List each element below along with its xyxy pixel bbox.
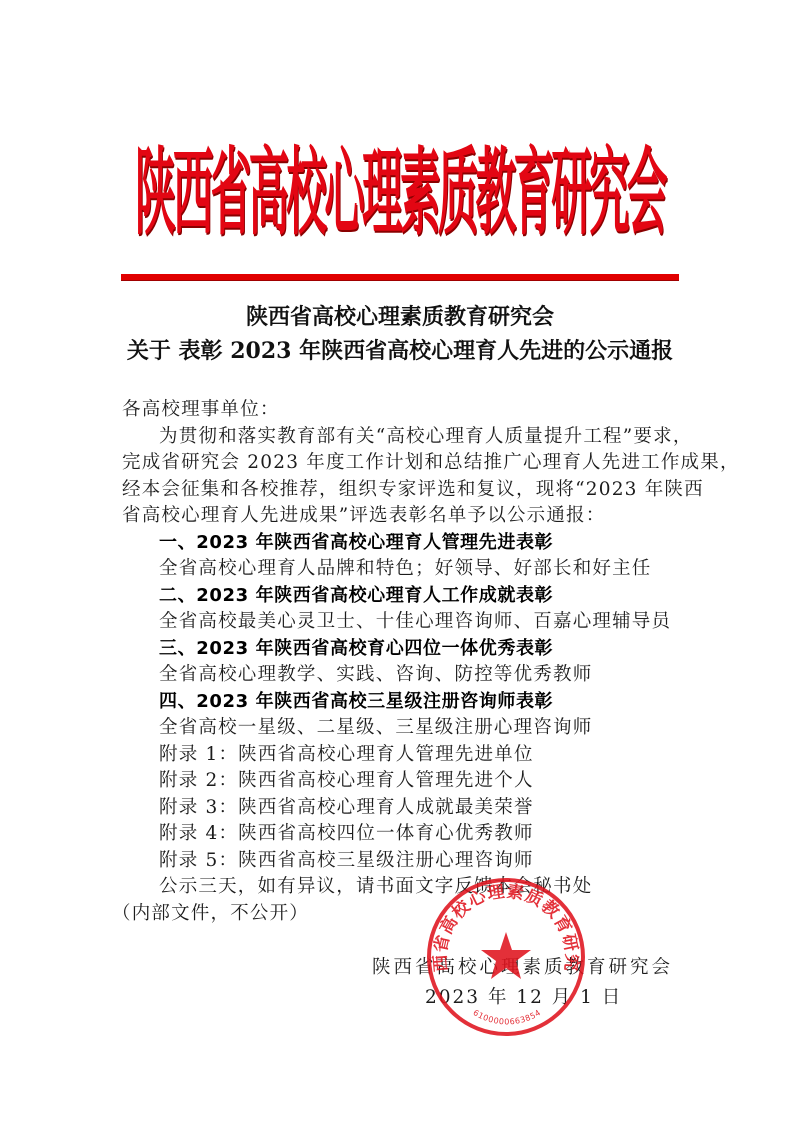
document-body: 各高校理事单位： 为贯彻和落实教育部有关“高校心理育人质量提升工程”要求， 完成… — [122, 397, 692, 927]
appendix-item: 附录 1：陕西省高校心理育人管理先进单位 — [122, 742, 692, 769]
title-line-1: 陕西省高校心理素质教育研究会 — [100, 300, 700, 334]
objection-notice: 公示三天，如有异议，请书面文字反馈本会秘书处 — [122, 874, 692, 901]
document-page: 陕西省高校心理素质教育研究会 陕西省高校心理素质教育研究会 关于 表彰 2023… — [0, 0, 800, 1132]
section-heading: 一、2023 年陕西省高校心理育人管理先进表彰 — [122, 530, 692, 557]
appendix-item: 附录 2：陕西省高校心理育人管理先进个人 — [122, 768, 692, 795]
red-divider-rule — [121, 274, 679, 281]
salutation: 各高校理事单位： — [122, 397, 692, 424]
intro-line: 为贯彻和落实教育部有关“高校心理育人质量提升工程”要求， — [122, 424, 692, 451]
document-title: 陕西省高校心理素质教育研究会 关于 表彰 2023 年陕西省高校心理育人先进的公… — [100, 300, 700, 368]
section-detail: 全省高校心理育人品牌和特色；好领导、好部长和好主任 — [122, 556, 692, 583]
section-detail: 全省高校一星级、二星级、三星级注册心理咨询师 — [122, 715, 692, 742]
appendix-item: 附录 5：陕西省高校三星级注册心理咨询师 — [122, 848, 692, 875]
section-heading: 四、2023 年陕西省高校三星级注册咨询师表彰 — [122, 689, 692, 716]
appendix-item: 附录 3：陕西省高校心理育人成就最美荣誉 — [122, 795, 692, 822]
title-line-2: 关于 表彰 2023 年陕西省高校心理育人先进的公示通报 — [100, 334, 700, 368]
appendix-item: 附录 4：陕西省高校四位一体育心优秀教师 — [122, 821, 692, 848]
svg-text:6100000663854: 6100000663854 — [471, 1008, 542, 1026]
issue-date: 2023 年 12 月 1 日 — [425, 983, 622, 1009]
section-detail: 全省高校最美心灵卫士、十佳心理咨询师、百嘉心理辅导员 — [122, 609, 692, 636]
section-detail: 全省高校心理教学、实践、咨询、防控等优秀教师 — [122, 662, 692, 689]
intro-line: 完成省研究会 2023 年度工作计划和总结推广心理育人先进工作成果， — [122, 450, 692, 477]
section-heading: 二、2023 年陕西省高校心理育人工作成就表彰 — [122, 583, 692, 610]
intro-line: 经本会征集和各校推荐，组织专家评选和复议，现将“2023 年陕西 — [122, 477, 692, 504]
masthead-title: 陕西省高校心理素质教育研究会 — [135, 118, 665, 253]
issuer-signature: 陕西省高校心理素质教育研究会 — [372, 953, 673, 979]
seal-code: 6100000663854 — [471, 1008, 542, 1026]
confidential-note: （内部文件，不公开） — [112, 901, 692, 928]
section-heading: 三、2023 年陕西省高校育心四位一体优秀表彰 — [122, 636, 692, 663]
intro-line: 省高校心理育人先进成果”评选表彰名单予以公示通报： — [122, 503, 692, 530]
masthead: 陕西省高校心理素质教育研究会 — [100, 130, 700, 242]
